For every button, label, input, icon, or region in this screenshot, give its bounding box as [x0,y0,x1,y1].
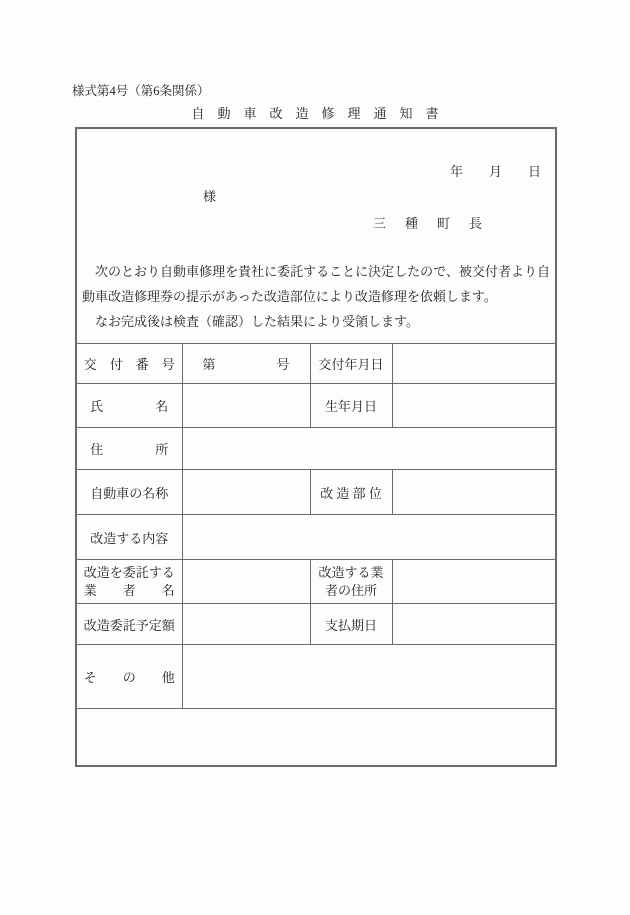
issue-date-value-cell [392,344,555,384]
notice-body: 次のとおり自動車修理を貴社に委託することに決定したので、被交付者より自動車改造修… [82,259,550,334]
contractor-name-value-cell [182,560,310,604]
estimated-cost-label-cell: 改造委託予定額 [77,604,182,645]
row-vehicle-name: 自動車の名称 改 造 部 位 [77,470,555,515]
form-number: 様式第4号（第6条関係） [72,81,210,99]
modified-part-label-cell: 改 造 部 位 [310,470,392,515]
notice-paragraph-1: 次のとおり自動車修理を貴社に委託することに決定したので、被交付者より自動車改造修… [82,259,550,309]
document-title: 自 動 車 改 造 修 理 通 知 書 [0,103,630,122]
issue-date-label-cell: 交付年月日 [310,344,392,384]
contractor-address-label-line2: 者の住所 [317,582,386,600]
modified-part-value-cell [392,470,555,515]
other-value-cell [182,645,555,709]
contractor-address-label-line1: 改造する業 [317,564,386,582]
issue-number-value-cell: 第 号 [182,344,310,384]
contractor-name-label-line1: 改造を委託する [83,564,176,582]
estimated-cost-value-cell [182,604,310,645]
row-other: そ の 他 [77,645,555,709]
contractor-name-label-line2: 業 者 名 [83,582,176,600]
issue-number-suffix: 号 [276,354,289,373]
issue-number-prefix: 第 [203,354,216,373]
modification-details-label-cell: 改造する内容 [77,515,182,560]
contractor-address-label: 改造する業 者の住所 [317,564,386,600]
remarks-cell [77,709,555,766]
payment-due-label-cell: 支払期日 [310,604,392,645]
notice-paragraph-2: なお完成後は検査（確認）した結果により受領します。 [82,309,550,334]
row-remarks [77,709,555,766]
row-issue-number: 交 付 番 号 第 号 交付年月日 [77,344,555,384]
name-label-cell: 氏 名 [77,384,182,428]
row-estimated-cost: 改造委託予定額 支払期日 [77,604,555,645]
name-value-cell [182,384,310,428]
issue-number-label-cell: 交 付 番 号 [77,344,182,384]
addressee-suffix: 様 [203,186,216,205]
vehicle-name-label-cell: 自動車の名称 [77,470,182,515]
contractor-name-label-cell: 改造を委託する 業 者 名 [77,560,182,604]
address-value-cell [182,428,555,470]
date-line: 年 月 日 [450,161,541,180]
vehicle-name-value-cell [182,470,310,515]
issue-number-split: 第 号 [189,354,304,373]
payment-due-value-cell [392,604,555,645]
document-page: 様式第4号（第6条関係） 自 動 車 改 造 修 理 通 知 書 年 月 日 様… [0,0,630,915]
birth-date-label-cell: 生年月日 [310,384,392,428]
sender-title: 三 種 町 長 [373,213,485,232]
contractor-name-label: 改造を委託する 業 者 名 [83,564,176,600]
form-table: 交 付 番 号 第 号 交付年月日 氏 名 生年月日 住 所 [77,343,555,766]
row-modification-details: 改造する内容 [77,515,555,560]
modification-details-value-cell [182,515,555,560]
row-contractor: 改造を委託する 業 者 名 改造する業 者の住所 [77,560,555,604]
contractor-address-value-cell [392,560,555,604]
contractor-address-label-cell: 改造する業 者の住所 [310,560,392,604]
row-address: 住 所 [77,428,555,470]
address-label-cell: 住 所 [77,428,182,470]
other-label-cell: そ の 他 [77,645,182,709]
birth-date-value-cell [392,384,555,428]
form-border-box: 年 月 日 様 三 種 町 長 次のとおり自動車修理を貴社に委託することに決定し… [75,127,557,767]
row-name: 氏 名 生年月日 [77,384,555,428]
